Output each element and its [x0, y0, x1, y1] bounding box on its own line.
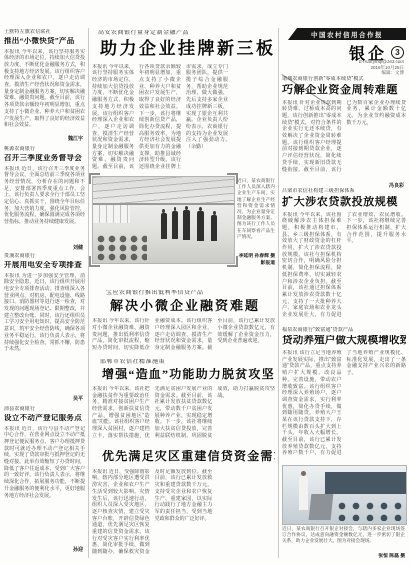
article-headline: 助力企业挂牌新三板 — [92, 39, 275, 59]
left-article-2: 桃源农商银行 召开三季度业务督导会 本报讯 近日，该行召开三季度业务督导会议，全… — [4, 146, 85, 251]
center-article-2: 宝应农商银行推出低利率信贷产品 解决小微企业融资难题 本报讯 今年以来，该行针对… — [92, 290, 275, 358]
lectern — [309, 494, 334, 520]
audience-silhouettes — [336, 501, 404, 521]
article-body: 本报讯 今年以来，该社围绕破解涉农主体担保难题，积极推动构建市、县、乡三级担保体… — [282, 212, 406, 324]
page-number-badge: 3 — [391, 46, 404, 59]
article-kicker: 诸城农商银行创新“零成本续贷”模式 — [282, 76, 406, 82]
article-kicker: 宝应农商银行推出低利率信贷产品 — [92, 290, 275, 297]
article-headline: 增强“造血”功能助力脱贫攻坚 — [92, 368, 275, 382]
article-body: 本报讯 近日，该行与县不动产登记中心合作，在营业网点设立不动产抵押登记便民服务点… — [4, 426, 85, 544]
article-body: 本报讯 近日，该行召开三季度业务督导会议，全面总结前三季度各项业务经营情况，分析… — [4, 166, 85, 242]
photo-credit: 李延明 孙春辉 摄影报道 — [237, 252, 275, 266]
photo-caption-block-2: 近日，某农商银行召开银企对接会，与辖内多家企业现场签订合作协议，达成意向融资金额… — [282, 526, 405, 559]
article-headline: 优先满足灾区重建信贷资金需求 — [92, 450, 275, 464]
photo-credit: 张恒 陈磊 摄 — [282, 552, 405, 559]
article-body: 本报讯 今年以来，该行坚持服务实体经济的市场定位，持续加大信贷投放力度，不断优化… — [92, 64, 275, 172]
factory-window — [93, 205, 130, 224]
roof-truss — [93, 177, 234, 203]
article-kicker: 吕梁市农信社构建三级担保体系 — [282, 188, 406, 194]
newspaper-page: 土默特左旗农信联社 推出“小微快贷”产品 本报讯 今年以来，该行坚持服务实体经济… — [0, 0, 410, 564]
article-headline: 巧解企业资金周转难题 — [282, 84, 406, 97]
photo-caption: 近日，某农商银行召开银企对接会，与辖内多家企业现场签订合作协议，达成意向融资金额… — [282, 526, 405, 550]
left-article-3: 贵溪农商银行 开展用电安全专项排查 本报讯 为进一步加强安全管理，消除安全隐患，… — [4, 253, 85, 402]
center-article-4: 优先满足灾区重建信贷资金需求 本报讯 近日，受强降雨影响，辖内部分地区遭受洪涝灾… — [92, 449, 275, 557]
article-kicker: 土默特左旗农信联社 — [4, 29, 85, 35]
article-body: 本报讯 今年以来，该行针对小微企业融资难、融资贵问题，推出低利率信贷产品，简化审… — [92, 318, 275, 358]
masthead-email: E-mail:yinqi@163.com — [359, 59, 404, 64]
article-headline: 推出“小微快贷”产品 — [4, 37, 85, 46]
masthead: 中国农村信用合作报 银企 3 E-mail:yinqi@163.com 2016… — [282, 28, 406, 74]
article-body: 本报讯 针对企业贷款到期转贷难、过桥成本高的问题，该行创新推出“零成本续贷”模式… — [282, 100, 406, 180]
barrels — [96, 235, 147, 261]
person-silhouette — [197, 211, 204, 241]
lead-article: 高安农商银行量身定制金融产品 助力企业挂牌新三板 本报讯 今年以来，该行坚持服务… — [92, 30, 275, 172]
article-kicker: 沛县农商银行 — [4, 406, 85, 412]
article-headline: 解决小微企业融资难题 — [92, 299, 275, 314]
speaker-silhouette — [299, 476, 308, 510]
article-headline: 扩大涉农贷款投放规模 — [282, 196, 406, 209]
photo-corner-mark — [89, 173, 100, 184]
article-kicker: 桃源农商银行 — [4, 146, 85, 152]
article-body: 本报讯 近日，受强降雨影响，辖内部分地区遭受洪涝灾害，企业和农户生产生活受到较大… — [92, 469, 275, 557]
photo-caption-block: 近日，某农商银行工作人员深入辖内企业生产车间，实地了解企业生产经营和资金需求情况… — [237, 178, 275, 266]
byline: 魏江宇 — [4, 135, 85, 142]
column-rule-right — [278, 28, 279, 558]
byline: 孙迎 — [4, 546, 85, 553]
paper-name: 中国农村信用合作报 — [311, 30, 383, 39]
byline: 吴平 — [4, 395, 85, 402]
article-body: 本报讯 为进一步加强安全管理，消除安全隐患，近日，该行组织开展用电安全专项排查活… — [4, 273, 85, 393]
person-silhouette — [172, 211, 178, 239]
photo-corner-mark — [89, 256, 100, 267]
person-silhouette — [183, 210, 190, 240]
center-article-3: 邯郸市农信社精准施策 增强“造血”功能助力脱贫攻坚 本报讯 今年以来，该社把金融… — [92, 359, 275, 446]
article-body: 本报讯 今年以来，该行坚持服务实体经济的市场定位，持续加大信贷投放力度，不断优化… — [4, 49, 85, 133]
right-article-1: 诸城农商银行创新“零成本续贷”模式 巧解企业资金周转难题 本报讯 针对企业贷款到… — [282, 76, 406, 189]
article-kicker: 贵溪农商银行 — [4, 253, 85, 259]
article-body: 本报讯 该行立足当地养殖产业发展实际，推出“致富通”贷款产品，重点支持养殖户扩大… — [282, 350, 406, 460]
byline: 刘健 — [4, 244, 85, 251]
article-kicker: 邯郸市农信社精准施策 — [92, 359, 275, 366]
right-article-3: 福泉农商银行“致富通”贷款产品 贷动养殖户做大规模增收致富 本报讯 该行立足当地… — [282, 327, 406, 460]
article-headline: 开展用电安全专项排查 — [4, 261, 85, 270]
article-kicker: 福泉农商银行“致富通”贷款产品 — [282, 327, 406, 333]
person-silhouette — [161, 213, 167, 239]
article-kicker: 高安农商银行量身定制金融产品 — [92, 30, 275, 37]
projection-screen — [325, 472, 406, 494]
article-headline: 设立不动产登记服务点 — [4, 414, 85, 423]
left-article-4: 沛县农商银行 设立不动产登记服务点 本报讯 近日，该行与县不动产登记中心合作，在… — [4, 406, 85, 553]
factory-photo — [92, 176, 235, 264]
person-silhouette — [211, 215, 217, 241]
column-rule-left — [88, 28, 89, 558]
masthead-banner: 中国农村信用合作报 — [288, 28, 406, 40]
article-body: 本报讯 今年以来，该社把金融扶贫作为重要政治任务，精准对接贫困户生产经营需求，创… — [92, 386, 275, 446]
article-headline: 召开三季度业务督导会 — [4, 154, 85, 163]
article-headline: 贷动养殖户做大规模增收致富 — [282, 335, 406, 347]
right-article-2: 吕梁市农信社构建三级担保体系 扩大涉农贷款投放规模 本报讯 今年以来，该社围绕破… — [282, 188, 406, 324]
left-article-1: 土默特左旗农信联社 推出“小微快贷”产品 本报讯 今年以来，该行坚持服务实体经济… — [4, 29, 85, 142]
photo-caption: 近日，某农商银行工作人员深入辖内企业生产车间，实地了解企业生产经营和资金需求情况… — [237, 178, 275, 250]
podium-photo — [282, 465, 407, 525]
